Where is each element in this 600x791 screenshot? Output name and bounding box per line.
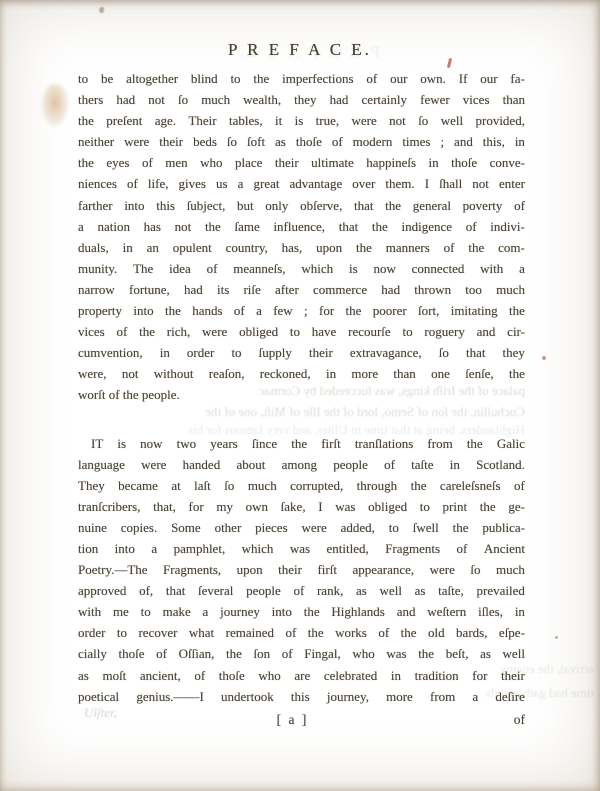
paragraph: ITisnowtwoyearsſincethefirſttranſlations… <box>78 433 525 707</box>
page-footer: [ a ]of <box>78 709 525 731</box>
text-line: tobealtogetherblindtotheimperfectionsofo… <box>78 68 525 89</box>
text-line: duals,inanopulentcountry,has,uponthemann… <box>78 237 525 258</box>
text-line: narrowfortune,haditsriſeaftercommercehad… <box>78 279 525 300</box>
text-line: were,notwithoutreaſon,reckoned,inmoretha… <box>78 363 525 384</box>
signature-mark: [ a ] <box>277 709 309 731</box>
text-line: asmoſtancient,ofthoſewhoarecelebratedint… <box>78 665 525 686</box>
text-line: anationhasnottheſameinfluence,thattheind… <box>78 216 525 237</box>
text-line: thepreſentage.Theirtables,itistrue,weren… <box>78 110 525 131</box>
text-line: fartherintothisſubject,butonlyobſerve,th… <box>78 195 525 216</box>
text-line: nuinecopies.Someotherpieceswereadded,toſ… <box>78 517 525 538</box>
text-line: withmetomakeajourneyintotheHighlandsandw… <box>78 601 525 622</box>
ink-speck <box>99 7 104 13</box>
text-line: thershadnotſomuchwealth,theyhadcertainly… <box>78 89 525 110</box>
text-line: tranſcribers,that,formyownſake,Iwasoblig… <box>78 496 525 517</box>
text-line: niencesoflife,givesusagreatadvantageover… <box>78 173 525 194</box>
book-page: P R E F A C E. P R E F A C E. palace of … <box>0 0 600 791</box>
page-heading: P R E F A C E. <box>0 40 600 60</box>
stain <box>42 84 68 126</box>
text-column: tobealtogetherblindtotheimperfectionsofo… <box>78 68 525 731</box>
text-line: languagewerehandedaboutamongpeopleoftaſt… <box>78 454 525 475</box>
text-line: ciallythoſeofOſſian,theſonofFingal,whowa… <box>78 643 525 664</box>
text-line: propertyintothehandsofafew;forthepoorerſ… <box>78 300 525 321</box>
red-ink-mark <box>447 58 452 68</box>
text-line: cumvention,inordertoſupplytheirextravaga… <box>78 342 525 363</box>
text-line: neitherweretheirbedsſoſoftasthoſeofmoder… <box>78 131 525 152</box>
text-line: worſt of the people. <box>78 384 525 405</box>
text-line: vicesoftherich,wereobligedtohaverecourſe… <box>78 321 525 342</box>
text-line: poeticalgenius.——Iundertookthisjourney,m… <box>78 686 525 707</box>
text-line: theeyesofmenwhoplacetheirultimatehappine… <box>78 152 525 173</box>
text-line: ITisnowtwoyearsſincethefirſttranſlations… <box>78 433 525 454</box>
text-line: Poetry.—TheFragments,upontheirfirſtappea… <box>78 559 525 580</box>
text-line: approvedof,thatſeveralpeopleofrank,aswel… <box>78 580 525 601</box>
text-line: ordertorecoverwhatremainedoftheworksofth… <box>78 622 525 643</box>
text-line: Theybecameatlaſtſomuchcorrupted,throught… <box>78 475 525 496</box>
paragraph: tobealtogetherblindtotheimperfectionsofo… <box>78 68 525 406</box>
ink-speck <box>542 356 546 360</box>
text-line: tionintoapamphlet,whichwasentitled,Fragm… <box>78 538 525 559</box>
ink-speck <box>555 636 558 639</box>
catchword: of <box>514 709 525 731</box>
text-line: munity.Theideaofmeanneſs,whichisnowconne… <box>78 258 525 279</box>
